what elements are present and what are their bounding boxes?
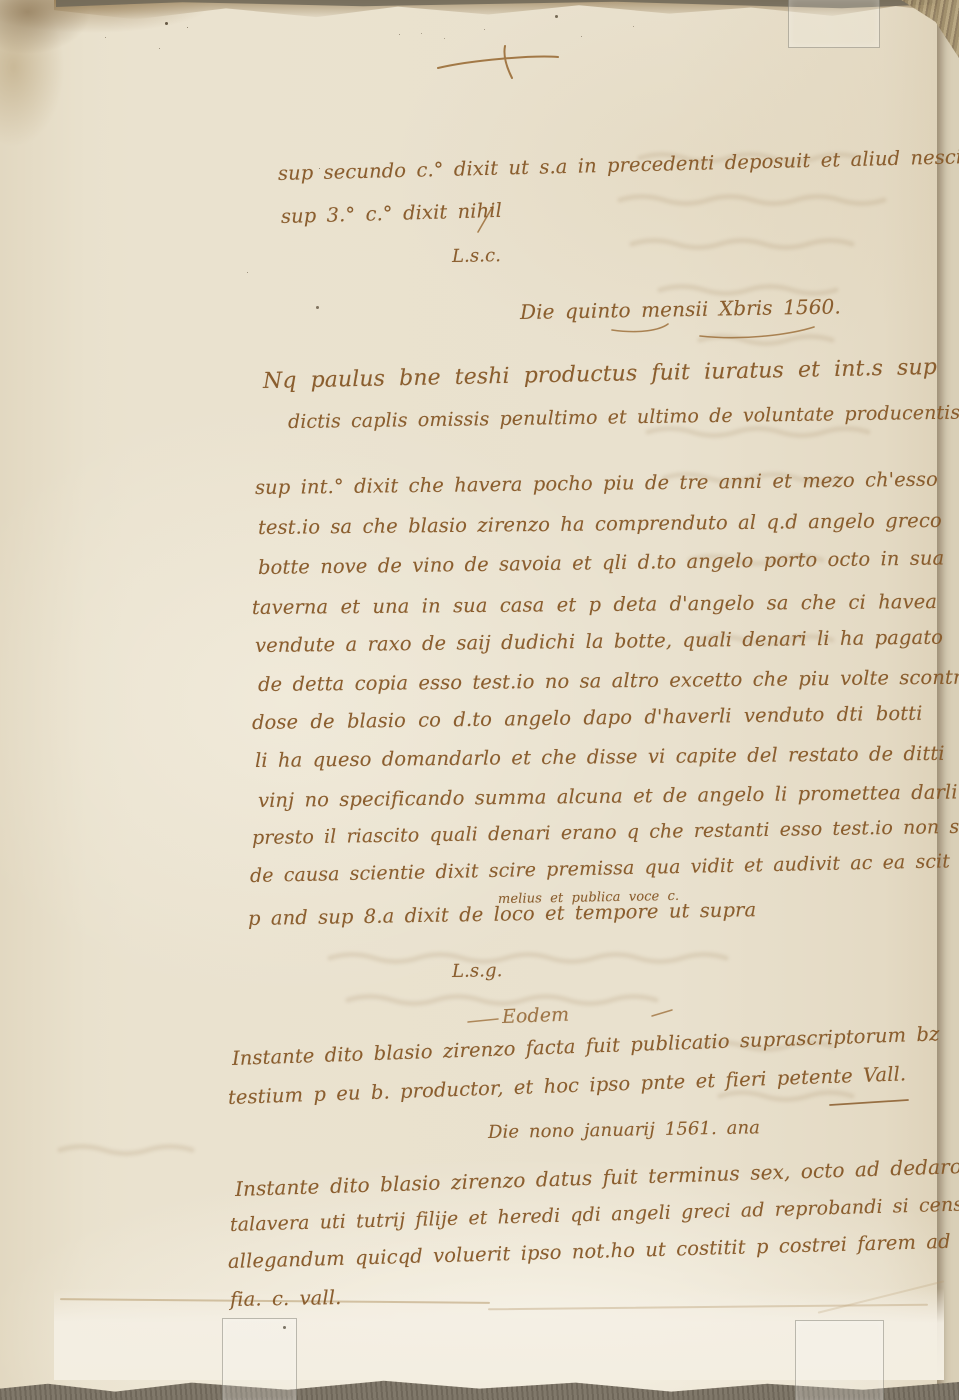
foxing-specks xyxy=(0,0,3,3)
manuscript-line: L.s.c. xyxy=(452,246,501,267)
section-heading: Eodem xyxy=(502,1005,570,1028)
tape-bottom-left xyxy=(222,1318,297,1400)
adjacent-page-sliver xyxy=(937,0,959,1400)
date-line: Die quinto mensii Xbris 1560. xyxy=(520,295,841,323)
binding-top-corner xyxy=(0,0,230,150)
manuscript-line: L.s.g. xyxy=(452,961,503,982)
binding-edge xyxy=(0,0,64,1400)
manuscript-line: fia. c. vall. xyxy=(230,1287,342,1310)
manuscript-photo: sup secundo c.° dixit ut s.a in preceden… xyxy=(0,0,959,1400)
tape-top-right xyxy=(788,0,880,48)
tape-bottom-right xyxy=(795,1320,884,1400)
